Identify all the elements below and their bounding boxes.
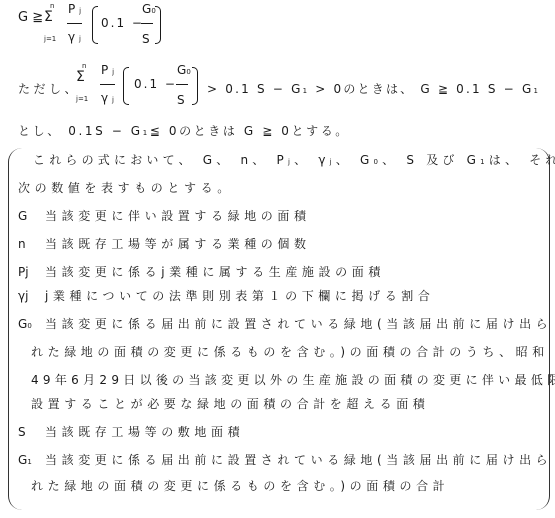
formula-lhs: G ≧ <box>18 11 43 24</box>
left-paren <box>92 6 98 44</box>
definition-item-G0-cont: 49年6月29日以後の当該変更以外の生産施設の面積の変更に伴い最低限 <box>31 374 555 386</box>
frac1-numerator: P j <box>68 3 81 15</box>
right-paren <box>155 6 161 44</box>
frac1-denominator: γ j <box>68 31 81 43</box>
condition-else-line: とし、 0.1S − G1≦ 0のときは G ≧ 0とする。 <box>18 125 350 137</box>
fraction-bar <box>176 84 188 85</box>
left-paren <box>123 67 129 105</box>
condition-prefix: ただし、 <box>18 83 80 95</box>
definition-item-S: S当該既存工場等の敷地面積 <box>18 426 244 438</box>
definitions-intro: これらの式において、 G、 n、 Pj、 γj、 G0、 S 及び G1は、 そ… <box>33 154 555 166</box>
definition-item-G1: G1当該変更に係る届出前に設置されている緑地(当該届出前に届け出ら <box>18 454 552 466</box>
definition-item-gamma-j: γjj業種についての法準則別表第１の下欄に掲げる割合 <box>18 290 435 302</box>
inner-const: 0.1 − <box>134 78 177 90</box>
frac1-numerator: P j <box>101 64 114 76</box>
definition-item-G0: G0当該変更に係る届出前に設置されている緑地(当該届出前に届け出ら <box>18 318 552 330</box>
definition-item-G: G当該変更に伴い設置する緑地の面積 <box>18 210 311 222</box>
definitions-intro-cont: 次の数値を表すものとする。 <box>18 182 234 194</box>
condition-suffix: > 0.1 S − G1 > 0のときは、 G ≧ 0.1 S − G1 <box>207 83 540 95</box>
frac2-numerator: G0 <box>177 64 191 76</box>
right-paren <box>192 67 198 105</box>
inner-const: 0.1 − <box>101 17 144 29</box>
definition-item-Pj: Pj当該変更に係るj業種に属する生産施設の面積 <box>18 266 385 278</box>
sigma-lower: j=1 <box>76 96 88 103</box>
frac2-numerator: G0 <box>142 3 156 15</box>
sigma-lower: j=1 <box>44 36 56 43</box>
frac2-denominator: S <box>142 33 150 45</box>
fraction-bar <box>67 23 82 24</box>
definition-item-G0-cont: 設置することが必要な緑地の面積の合計を超える面積 <box>31 398 429 410</box>
definition-item-n: n当該既存工場等が属する業種の個数 <box>18 238 311 250</box>
frac1-denominator: γ j <box>101 92 114 104</box>
definition-item-G1-cont: れた緑地の面積の変更に係るものを含む。)の面積の合計 <box>31 480 449 492</box>
fraction-bar <box>100 84 115 85</box>
fraction-bar <box>141 23 153 24</box>
definition-item-G0-cont: れた緑地の面積の変更に係るものを含む。)の面積の合計のうち、昭和 <box>31 346 549 358</box>
frac2-denominator: S <box>177 94 185 106</box>
sigma-symbol: Σ <box>76 70 85 84</box>
sigma-symbol: Σ <box>44 10 53 24</box>
